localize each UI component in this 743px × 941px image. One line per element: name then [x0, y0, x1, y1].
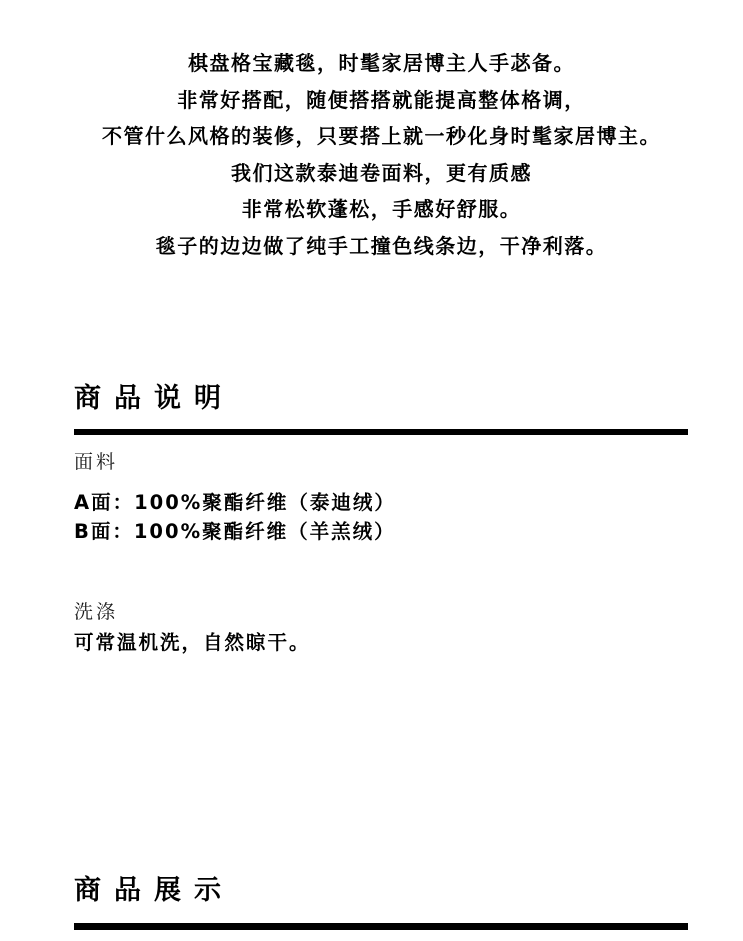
- product-detail-page: { "page": { "background": "#ffffff", "te…: [0, 0, 743, 941]
- intro-line: 非常好搭配，随便搭搭就能提高整体格调，: [10, 82, 743, 119]
- fabric-side-a: A面：100%聚酯纤维（泰迪绒）: [74, 489, 396, 518]
- description-title-divider: [74, 429, 688, 435]
- intro-line: 棋盘格宝藏毯，时髦家居博主人手苾备。: [10, 45, 743, 82]
- display-section-title: 商品展示: [74, 876, 234, 906]
- fabric-details: A面：100%聚酯纤维（泰迪绒） B面：100%聚酯纤维（羊羔绒）: [74, 489, 396, 546]
- intro-line: 不管什么风格的装修，只要搭上就一秒化身时髦家居博主。: [10, 118, 743, 155]
- intro-line: 毯子的边边做了纯手工撞色线条边，干净利落。: [10, 228, 743, 265]
- washing-label: 洗涤: [74, 600, 118, 624]
- washing-details: 可常温机洗，自然晾干。: [74, 629, 311, 658]
- display-title-divider: [74, 923, 688, 930]
- fabric-label: 面料: [74, 450, 118, 474]
- intro-paragraph: 棋盘格宝藏毯，时髦家居博主人手苾备。 非常好搭配，随便搭搭就能提高整体格调， 不…: [10, 45, 743, 265]
- intro-line: 非常松软蓬松，手感好舒服。: [10, 191, 743, 228]
- description-section-title: 商品说明: [74, 384, 234, 414]
- intro-line: 我们这款泰迪卷面料，更有质感: [10, 155, 743, 192]
- fabric-side-b: B面：100%聚酯纤维（羊羔绒）: [74, 518, 396, 547]
- washing-instruction: 可常温机洗，自然晾干。: [74, 629, 311, 658]
